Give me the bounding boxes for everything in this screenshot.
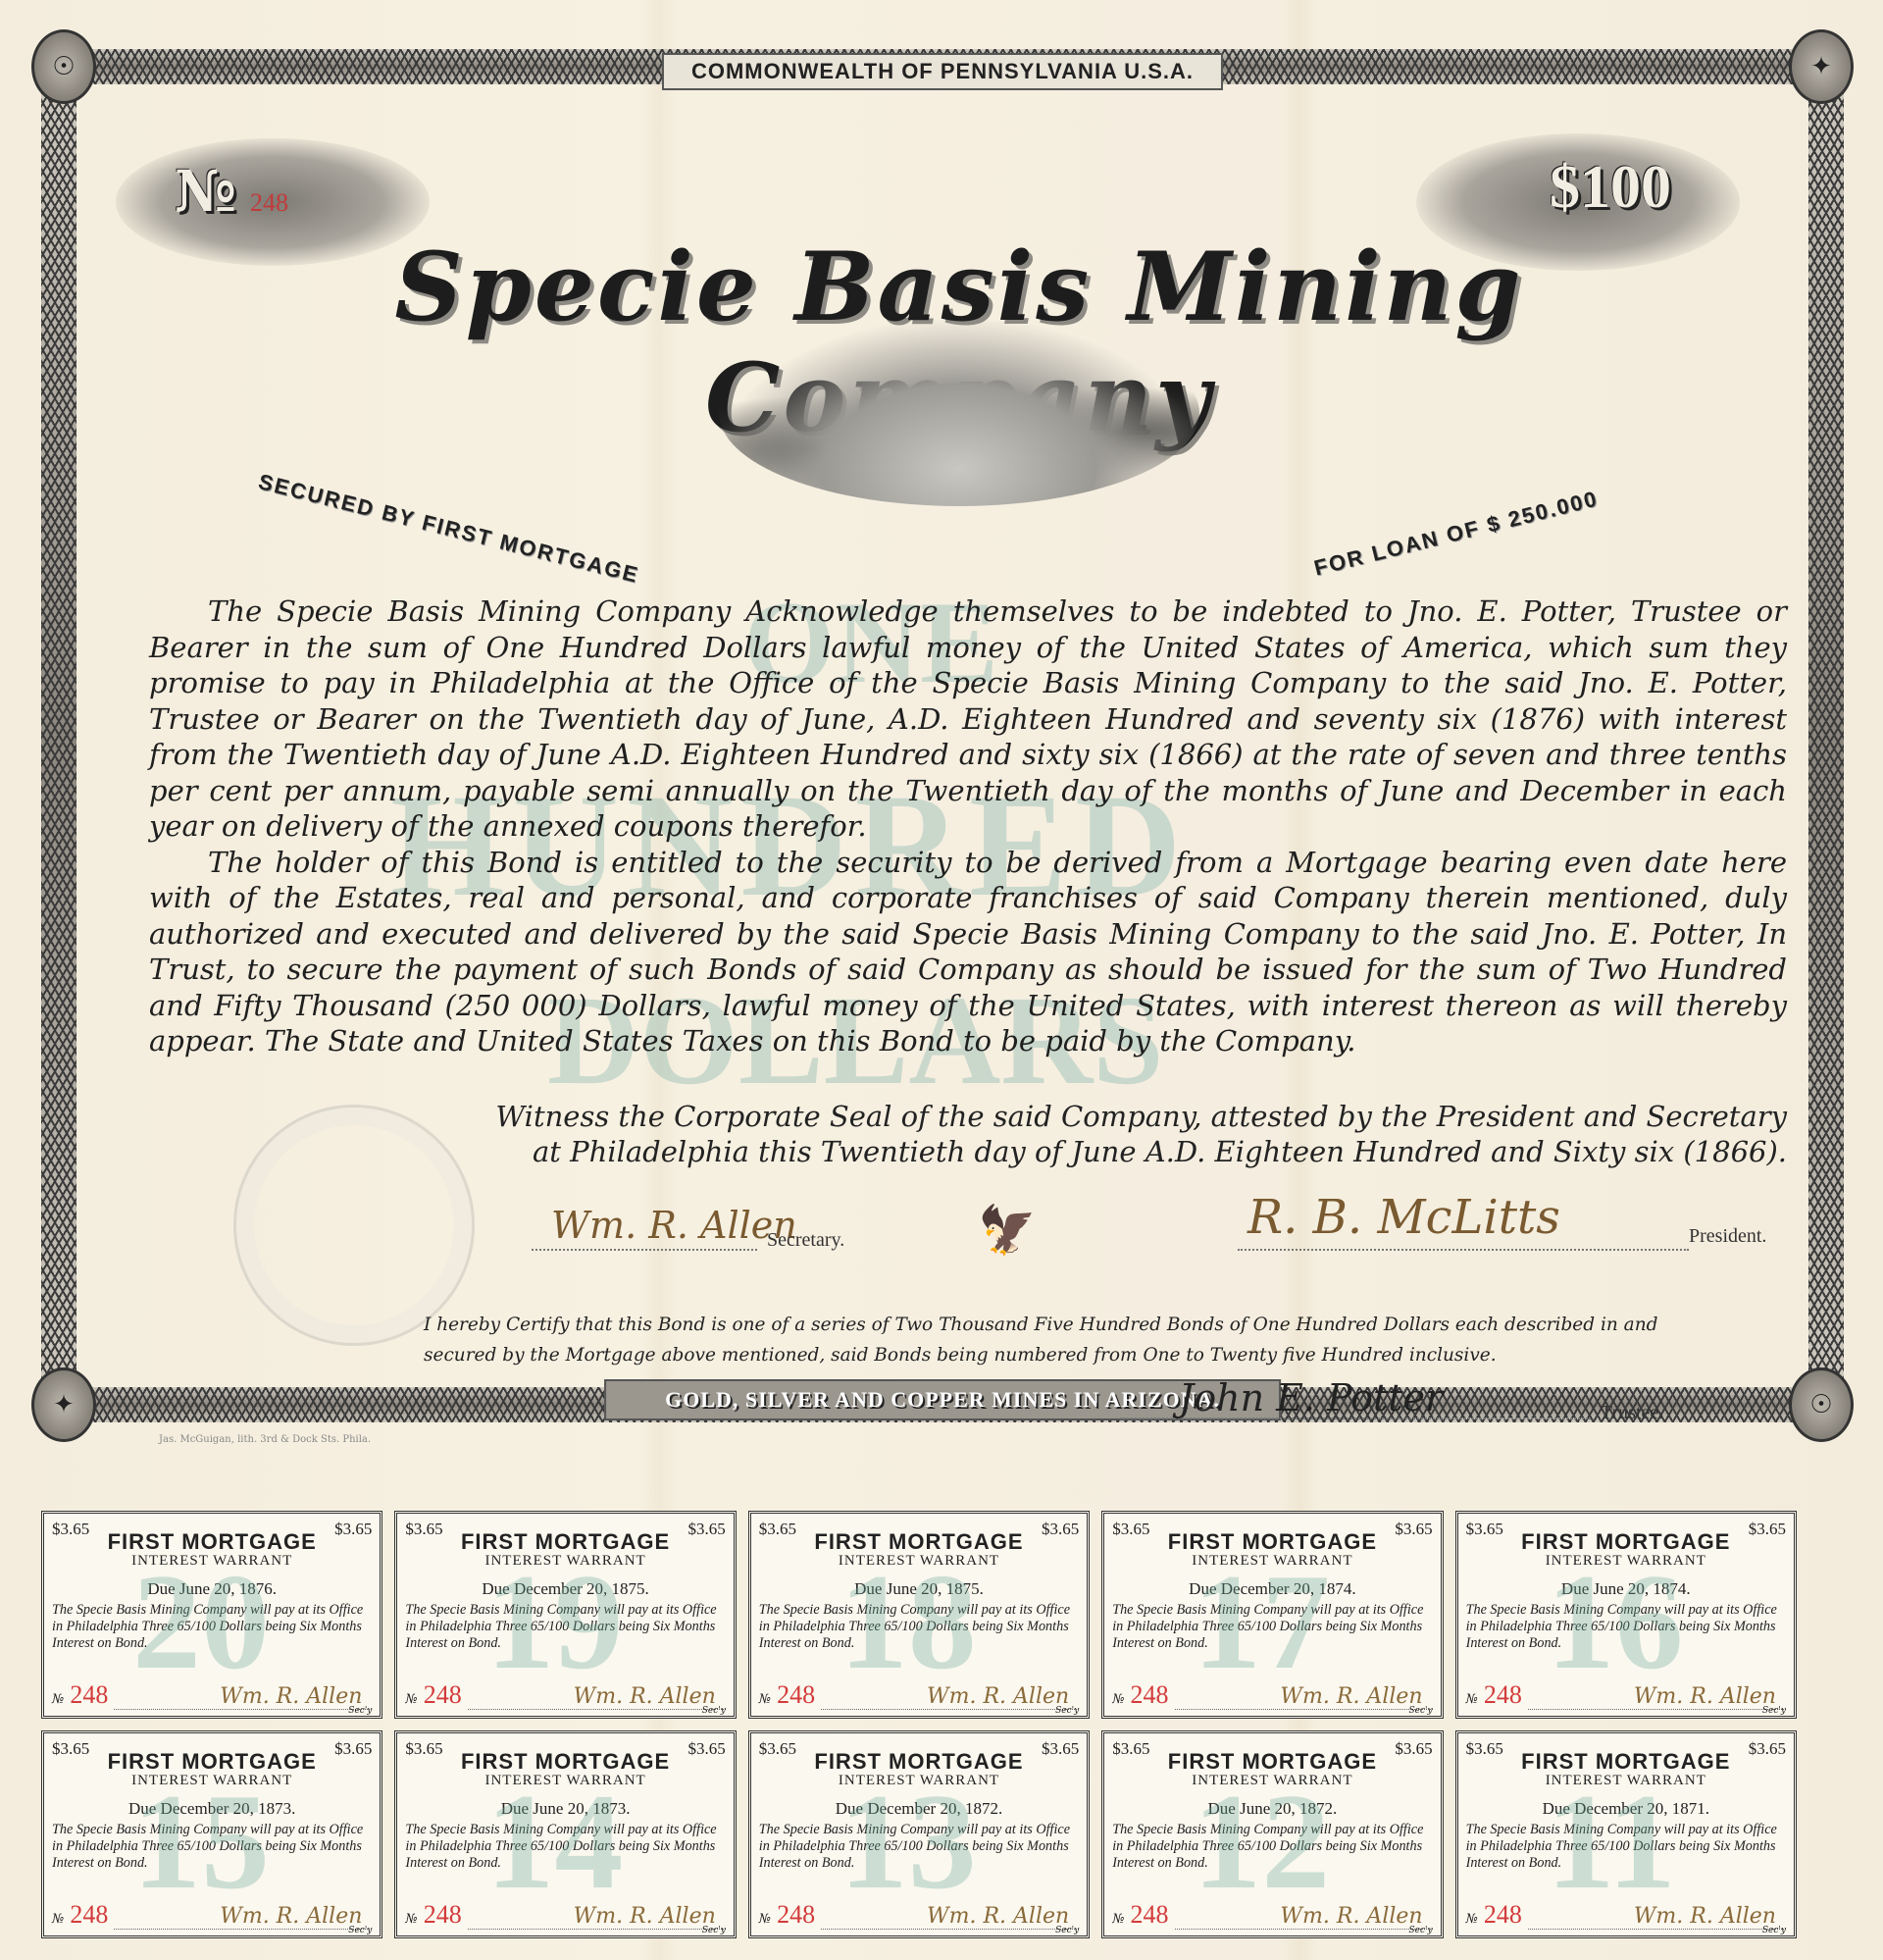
coupon-signature: Wm. R. Allen	[1175, 1684, 1433, 1710]
landscape-vignette-image	[719, 320, 1199, 506]
coupon-signature-label: Sec'y	[1762, 1926, 1786, 1935]
coupon-signature: Wm. R. Allen	[1175, 1904, 1433, 1930]
coupon-signature-label: Sec'y	[1409, 1926, 1433, 1935]
coupon-price-left: $3.65	[1112, 1739, 1149, 1759]
coupon-price-right: $3.65	[334, 1520, 372, 1539]
coupon-price-left: $3.65	[1112, 1520, 1149, 1539]
bond-certificate: ☉ ✦ ✦ ☉ COMMONWEALTH OF PENNSYLVANIA U.S…	[41, 49, 1844, 1422]
witness-line-1: Witness the Corporate Seal of the said C…	[453, 1099, 1787, 1134]
coupon-footer: № 248 Wm. R. Allen	[405, 1900, 725, 1930]
trustee-signature: John E. Potter	[1179, 1376, 1443, 1419]
coupon-price-right: $3.65	[1749, 1739, 1786, 1759]
coupon-number: 248	[777, 1900, 815, 1930]
president-label: President.	[1689, 1225, 1766, 1248]
trustee-certification: I hereby Certify that this Bond is one o…	[424, 1310, 1728, 1370]
coupon-number: 248	[1484, 1900, 1522, 1930]
coupon-footer: № 248 Wm. R. Allen	[1466, 1900, 1786, 1930]
secretary-signature: Wm. R. Allen	[551, 1204, 797, 1247]
coupon-number-label: №	[52, 1912, 64, 1927]
coupon-footer: № 248 Wm. R. Allen	[759, 1680, 1079, 1710]
coupon-number: 248	[1131, 1900, 1169, 1930]
coupon-number: 248	[1484, 1680, 1522, 1710]
coupon-number-label: №	[759, 1692, 771, 1707]
coupon-underprint-number: 16	[1547, 1543, 1684, 1701]
coupon-signature: Wm. R. Allen	[821, 1684, 1079, 1710]
coupon-underprint-number: 11	[1547, 1763, 1676, 1921]
coupon-sheet: 20 $3.65 $3.65 FIRST MORTGAGE INTEREST W…	[41, 1511, 1797, 1938]
president-signature: R. B. McLitts	[1247, 1190, 1560, 1245]
interest-coupon: 14 $3.65 $3.65 FIRST MORTGAGE INTEREST W…	[394, 1730, 736, 1938]
coupon-signature: Wm. R. Allen	[468, 1684, 726, 1710]
coupon-number-label: №	[1466, 1912, 1478, 1927]
ornamental-border-left	[41, 78, 76, 1393]
coupon-underprint-number: 14	[485, 1763, 623, 1921]
bond-number: № 248	[175, 158, 288, 225]
interest-coupon: 16 $3.65 $3.65 FIRST MORTGAGE INTEREST W…	[1455, 1511, 1797, 1719]
coupon-price-left: $3.65	[1466, 1520, 1503, 1539]
secretary-label: Secretary.	[767, 1229, 844, 1252]
coupon-signature: Wm. R. Allen	[114, 1684, 372, 1710]
coupon-number-label: №	[759, 1912, 771, 1927]
eagle-icon: 🦅	[978, 1202, 1037, 1258]
witness-clause: Witness the Corporate Seal of the said C…	[453, 1099, 1787, 1169]
interest-coupon: 17 $3.65 $3.65 FIRST MORTGAGE INTEREST W…	[1101, 1511, 1443, 1719]
coupon-number: 248	[70, 1680, 108, 1710]
coupon-price-left: $3.65	[405, 1739, 442, 1759]
coupon-underprint-number: 12	[1193, 1763, 1330, 1921]
coupon-number-label: №	[1466, 1692, 1478, 1707]
coupon-number-label: №	[52, 1692, 64, 1707]
coupon-price-left: $3.65	[759, 1520, 796, 1539]
body-paragraph-1: The Specie Basis Mining Company Acknowle…	[149, 593, 1787, 845]
ornamental-border-right	[1808, 78, 1844, 1393]
coupon-number-label: №	[405, 1692, 417, 1707]
interest-coupon: 15 $3.65 $3.65 FIRST MORTGAGE INTEREST W…	[41, 1730, 382, 1938]
denomination: $100	[1550, 153, 1671, 223]
coupon-price-left: $3.65	[52, 1739, 89, 1759]
bond-body-text: The Specie Basis Mining Company Acknowle…	[149, 593, 1787, 1059]
coupon-footer: № 248 Wm. R. Allen	[52, 1680, 372, 1710]
coupon-number-label: №	[405, 1912, 417, 1927]
interest-coupon: 20 $3.65 $3.65 FIRST MORTGAGE INTEREST W…	[41, 1511, 382, 1719]
number-symbol: №	[175, 158, 236, 225]
coupon-underprint-number: 17	[1193, 1543, 1330, 1701]
coupon-signature-label: Sec'y	[348, 1706, 372, 1716]
coupon-signature-label: Sec'y	[1055, 1706, 1079, 1716]
coupon-signature-label: Sec'y	[348, 1926, 372, 1935]
coupon-price-left: $3.65	[759, 1739, 796, 1759]
coupon-footer: № 248 Wm. R. Allen	[1112, 1900, 1432, 1930]
coupon-signature: Wm. R. Allen	[821, 1904, 1079, 1930]
coupon-signature: Wm. R. Allen	[1528, 1684, 1786, 1710]
coupon-footer: № 248 Wm. R. Allen	[1466, 1680, 1786, 1710]
coupon-underprint-number: 18	[840, 1543, 977, 1701]
coupon-underprint-number: 15	[132, 1763, 270, 1921]
body-paragraph-2: The holder of this Bond is entitled to t…	[149, 845, 1787, 1059]
interest-coupon: 19 $3.65 $3.65 FIRST MORTGAGE INTEREST W…	[394, 1511, 736, 1719]
coupon-signature-label: Sec'y	[1762, 1706, 1786, 1716]
coupon-signature-label: Sec'y	[1409, 1706, 1433, 1716]
loan-ribbon: FOR LOAN OF $ 250.000	[1312, 486, 1602, 581]
coupon-signature-label: Sec'y	[702, 1706, 726, 1716]
coupon-signature-label: Sec'y	[1055, 1926, 1079, 1935]
coupon-price-left: $3.65	[405, 1520, 442, 1539]
interest-coupon: 13 $3.65 $3.65 FIRST MORTGAGE INTEREST W…	[748, 1730, 1090, 1938]
coupon-price-right: $3.65	[1042, 1739, 1079, 1759]
printer-imprint: Jas. McGuigan, lith. 3rd & Dock Sts. Phi…	[159, 1434, 371, 1445]
coupon-footer: № 248 Wm. R. Allen	[52, 1900, 372, 1930]
coupon-price-right: $3.65	[1749, 1520, 1786, 1539]
coupon-number: 248	[777, 1680, 815, 1710]
coupon-number: 248	[70, 1900, 108, 1930]
coupon-number-label: №	[1112, 1692, 1124, 1707]
witness-line-2: at Philadelphia this Twentieth day of Ju…	[453, 1134, 1787, 1169]
coupon-underprint-number: 19	[485, 1543, 623, 1701]
interest-coupon: 11 $3.65 $3.65 FIRST MORTGAGE INTEREST W…	[1455, 1730, 1797, 1938]
trustee-label: Trustee.	[1601, 1402, 1663, 1424]
coupon-number: 248	[1131, 1680, 1169, 1710]
trustee-signature-row: John E. Potter Trustee.	[1120, 1388, 1708, 1437]
coupon-price-left: $3.65	[1466, 1739, 1503, 1759]
coupon-signature: Wm. R. Allen	[114, 1904, 372, 1930]
coupon-footer: № 248 Wm. R. Allen	[405, 1680, 725, 1710]
coupon-price-left: $3.65	[52, 1520, 89, 1539]
coupon-price-right: $3.65	[1042, 1520, 1079, 1539]
coupon-underprint-number: 20	[132, 1543, 270, 1701]
coupon-number: 248	[424, 1900, 462, 1930]
serial-number: 248	[250, 188, 288, 218]
coupon-signature: Wm. R. Allen	[1528, 1904, 1786, 1930]
interest-coupon: 18 $3.65 $3.65 FIRST MORTGAGE INTEREST W…	[748, 1511, 1090, 1719]
coupon-signature: Wm. R. Allen	[468, 1904, 726, 1930]
coupon-price-right: $3.65	[688, 1520, 726, 1539]
coupon-footer: № 248 Wm. R. Allen	[759, 1900, 1079, 1930]
coupon-signature-label: Sec'y	[702, 1926, 726, 1935]
coupon-price-right: $3.65	[1395, 1520, 1432, 1539]
secured-ribbon: SECURED BY FIRST MORTGAGE	[256, 469, 642, 589]
officer-signatures: Wm. R. Allen Secretary. 🦅 R. B. McLitts …	[532, 1212, 1836, 1270]
coupon-number-label: №	[1112, 1912, 1124, 1927]
coupon-underprint-number: 13	[840, 1763, 977, 1921]
coupon-footer: № 248 Wm. R. Allen	[1112, 1680, 1432, 1710]
coupon-number: 248	[424, 1680, 462, 1710]
interest-coupon: 12 $3.65 $3.65 FIRST MORTGAGE INTEREST W…	[1101, 1730, 1443, 1938]
coupon-price-right: $3.65	[334, 1739, 372, 1759]
coupon-price-right: $3.65	[688, 1739, 726, 1759]
coupon-price-right: $3.65	[1395, 1739, 1432, 1759]
